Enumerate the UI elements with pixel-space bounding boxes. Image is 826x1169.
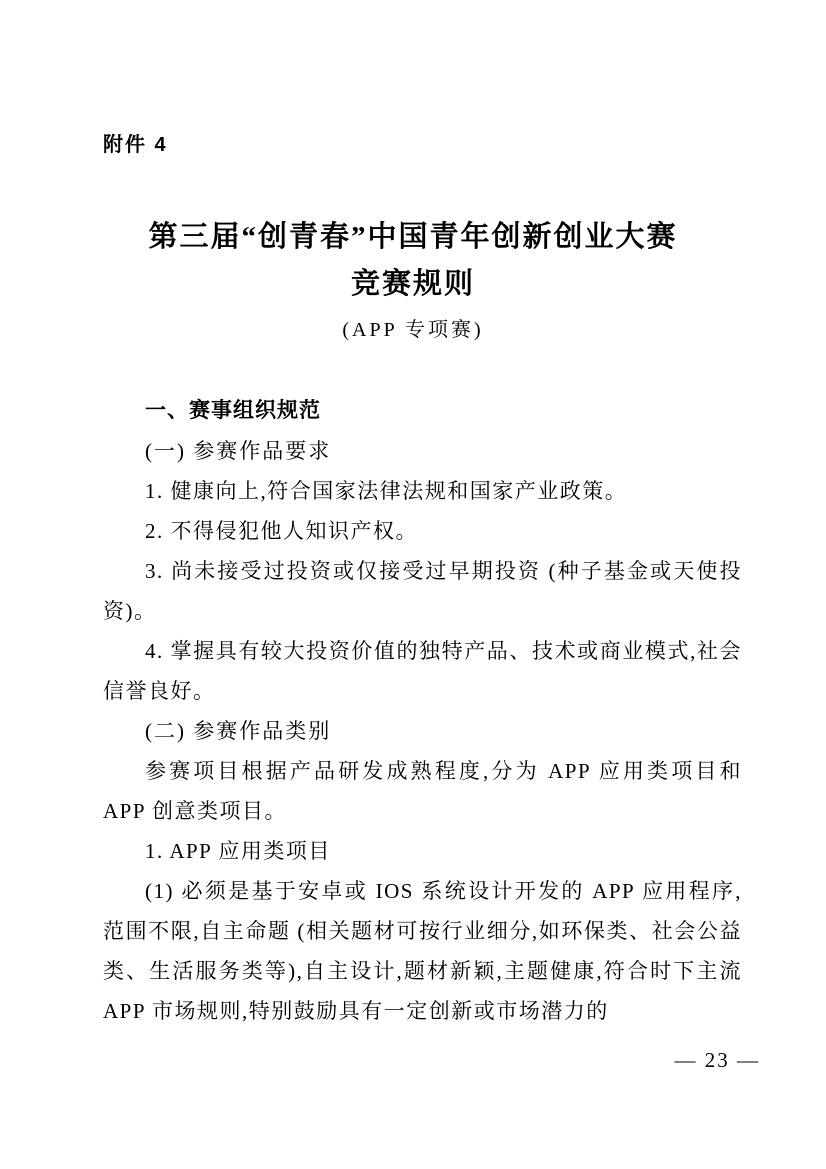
title-block: 第三届“创青春”中国青年创新创业大赛 竞赛规则 (APP 专项赛) bbox=[0, 214, 826, 352]
paragraph: 1. APP 应用类项目 bbox=[103, 831, 742, 871]
page-number: — 23 — bbox=[675, 1047, 761, 1073]
paragraph: 3. 尚未接受过投资或仅接受过早期投资 (种子基金或天使投资)。 bbox=[103, 551, 742, 631]
document-title-line1: 第三届“创青春”中国青年创新创业大赛 bbox=[0, 214, 826, 261]
subsection-heading: (二) 参赛作品类别 bbox=[103, 711, 742, 751]
paragraph: 参赛项目根据产品研发成熟程度,分为 APP 应用类项目和 APP 创意类项目。 bbox=[103, 751, 742, 831]
document-page: 附件 4 第三届“创青春”中国青年创新创业大赛 竞赛规则 (APP 专项赛) 一… bbox=[0, 0, 826, 1169]
document-body: 一、赛事组织规范 (一) 参赛作品要求 1. 健康向上,符合国家法律法规和国家产… bbox=[103, 391, 742, 1031]
paragraph: (1) 必须是基于安卓或 IOS 系统设计开发的 APP 应用程序,范围不限,自… bbox=[103, 871, 742, 1031]
paragraph: 4. 掌握具有较大投资价值的独特产品、技术或商业模式,社会信誉良好。 bbox=[103, 631, 742, 711]
attachment-label: 附件 4 bbox=[103, 131, 826, 159]
section-heading: 一、赛事组织规范 bbox=[103, 391, 742, 431]
document-subtitle: (APP 专项赛) bbox=[0, 308, 826, 352]
document-title-line2: 竞赛规则 bbox=[0, 261, 826, 308]
paragraph: 2. 不得侵犯他人知识产权。 bbox=[103, 511, 742, 551]
subsection-heading: (一) 参赛作品要求 bbox=[103, 431, 742, 471]
paragraph: 1. 健康向上,符合国家法律法规和国家产业政策。 bbox=[103, 471, 742, 511]
